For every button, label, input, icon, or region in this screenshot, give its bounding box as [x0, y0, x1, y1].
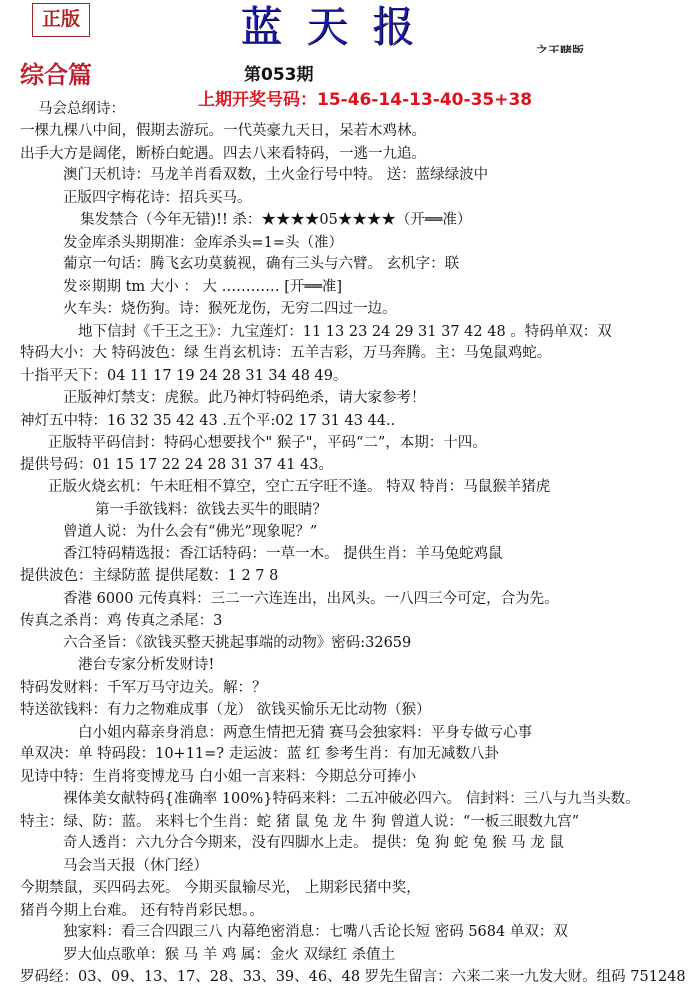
article-line: 六合圣旨：《欲钱买整天挑起事端的动物》密码:32659: [63, 633, 411, 653]
article-line: 见诗中特：生肖将变博龙马 白小姐一言来料：今期总分可捧小: [20, 767, 416, 787]
section-title: 综合篇: [20, 60, 92, 90]
article-line: 葡京一句话：腾飞玄功莫藐视，确有三头与六臂。 玄机字：联: [63, 254, 459, 274]
article-line: 曾道人说：为什么会有“佛光”现象呢？”: [63, 522, 317, 542]
article-line: 火车头：烧伤狗。诗：猴死龙伤，无穷二四过一边。: [63, 299, 397, 319]
previous-result: 上期开奖号码：15-46-14-13-40-35+38: [198, 89, 532, 111]
article-line: 地下信封《千王之王》：九宝莲灯：11 13 23 24 29 31 37 42 …: [78, 322, 612, 342]
article-line: 奇人透肖：六九分合今期来，没有四脚水上走。 提供：兔 狗 蛇 兔 猴 马 龙 鼠: [63, 833, 564, 853]
article-line: 今期禁鼠，买四码去死。 今期买鼠输尽光， 上期彩民猪中奖，: [20, 878, 421, 898]
article-line: 白小姐内幕亲身消息：两意生情把无猜 赛马会独家料：平身专做亏心事: [78, 723, 532, 743]
previous-result-label: 上期开奖号码：: [198, 90, 317, 110]
article-line: 正版特平码信封：特码心想要找个" 猴子"，平码“二”，本期：十四。: [48, 433, 487, 453]
article-line: 正版火烧玄机：午未旺相不算空，空亡五字旺不逢。 特双 特肖：马鼠猴羊猪虎: [48, 477, 550, 497]
article-line: 马会当天报（休门经）: [63, 856, 208, 876]
article-line: 正版四字梅花诗：招兵买马。: [63, 188, 252, 208]
article-line: 十指平天下：04 11 17 19 24 28 31 34 48 49。: [20, 366, 348, 386]
issue-number: 第053期: [244, 64, 314, 86]
article-line: 单双决：单 特码段：10+11=? 走运波：蓝 红 参考生肖：有加无减数八卦: [20, 744, 499, 764]
article-line: 传真之杀肖：鸡 传真之杀尾：3: [20, 611, 222, 631]
article-line: 神灯五中特：16 32 35 42 43 .五个平:02 17 31 43 44…: [20, 411, 395, 431]
article-line: 特送欲钱料：有力之物难成事（龙） 欲钱买愉乐无比动物（猴）: [20, 700, 431, 720]
article-line: 澳门天机诗：马龙羊肖看双数，土火金行号中特。 送：蓝绿绿波中: [63, 165, 488, 185]
article-line: 罗大仙点歌单：猴 马 羊 鸡 属：金火 双绿红 杀值土: [63, 945, 395, 965]
article-line: 猪肖今期上台难。 还有特肖彩民想。。: [20, 901, 264, 921]
article-line: 独家料：看三合四跟三八 内幕绝密消息：七嘴八舌论长短 密码 5684 单双：双: [63, 922, 568, 942]
article-line: 罗码经：03、09、13、17、28、33、39、46、48 罗先生留言：六来二…: [20, 967, 686, 987]
official-badge: 正版: [32, 3, 90, 37]
article-line: 正版神灯禁支：虎猴。此乃神灯特码绝杀，请大家参考！: [63, 388, 426, 408]
article-line: 马会总纲诗：: [38, 99, 125, 119]
article-line: 集发禁合（今年无错)!! 杀：★★★★05★★★★（开══准）: [80, 210, 471, 230]
article-line: 香港 6000 元传真料：三二一六连连出，出风头。一八四三今可定，合为先。: [63, 589, 559, 609]
newspaper-title: 蓝天报: [240, 2, 438, 52]
article-line: 第一手欲钱料：欲钱去买牛的眼睛？: [95, 500, 327, 520]
article-line: 特码发财料：千军万马守边关。解：？: [20, 678, 267, 698]
article-line: 港台专家分析发财诗!: [78, 655, 214, 675]
article-line: 提供波色：主绿防蓝 提供尾数：1 2 7 8: [20, 566, 278, 586]
article-line: 出手大方是阔佬，断桥白蛇遇。四去八来看特码，一逃一九追。: [20, 144, 426, 164]
article-line: 裸体美女献特码{准确率 100%}特码来料：二五冲破必四六。 信封料：三八与九当…: [63, 789, 640, 809]
cropped-caption: 之王赌版: [536, 44, 584, 53]
article-line: 香江特码精选报：香江话特码：一草一木。 提供生肖：羊马兔蛇鸡鼠: [63, 544, 503, 564]
article-line: 一棵九棵八中间，假期去游玩。一代英豪九天日，呆若木鸡林。: [20, 121, 426, 141]
article-line: 特码大小：大 特码波色：绿 生肖玄机诗：五羊吉彩，万马奔腾。主：马兔鼠鸡蛇。: [20, 343, 551, 363]
article-line: 特主：绿、防：蓝。 来料七个生肖：蛇 猪 鼠 兔 龙 牛 狗 曾道人说：“一板三…: [20, 812, 579, 832]
article-line: 发金库杀头期期准：金库杀头=1=头（准）: [63, 233, 343, 253]
article-line: 发※期期 tm 大小 ： 大 ………… [开══准]: [63, 277, 342, 297]
previous-result-numbers: 15-46-14-13-40-35+38: [317, 90, 532, 110]
article-line: 提供号码：01 15 17 22 24 28 31 37 41 43。: [20, 455, 333, 475]
